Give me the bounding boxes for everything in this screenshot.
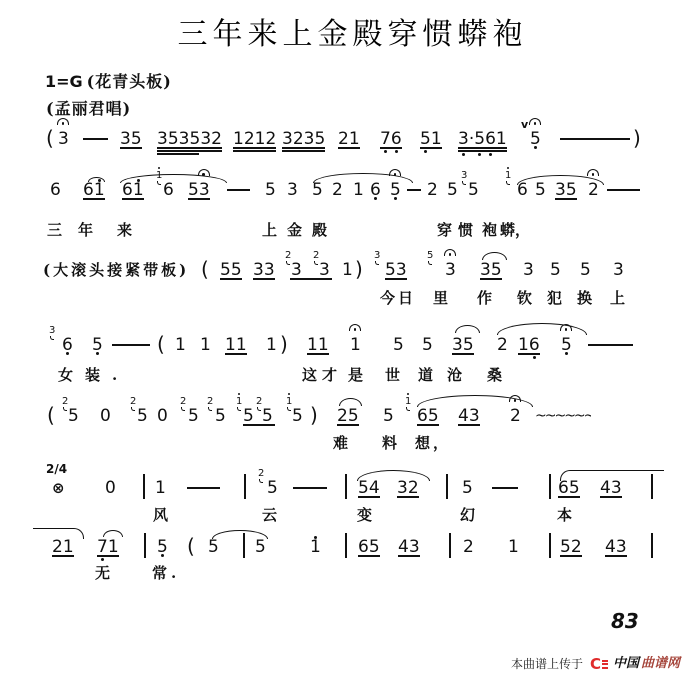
note-group: 353532 bbox=[157, 129, 222, 149]
lyric-char: 幻 bbox=[460, 506, 475, 524]
parenthesis: ) bbox=[280, 334, 288, 354]
note-digit: 3 bbox=[445, 260, 456, 280]
note-digit: 1 bbox=[155, 478, 166, 498]
note-digit: 5 bbox=[168, 129, 179, 149]
slur-arc bbox=[497, 323, 587, 335]
note-group: 2 bbox=[427, 180, 438, 200]
note-digit: 1 bbox=[200, 335, 211, 355]
note-group: 5 bbox=[243, 406, 254, 426]
note-digit: 2 bbox=[180, 396, 186, 408]
note-group: 5 bbox=[550, 260, 561, 280]
note-digit: 5 bbox=[383, 406, 394, 426]
note-digit: 3 bbox=[452, 335, 463, 355]
note-digit: 5 bbox=[530, 129, 541, 149]
note-digit: 5 bbox=[348, 406, 359, 426]
note-digit: 3 bbox=[49, 325, 55, 337]
note-digit: 6 bbox=[50, 180, 61, 200]
note-digit: 1 bbox=[255, 129, 266, 149]
note-digit: 3 bbox=[616, 537, 627, 557]
underline-beam bbox=[307, 353, 329, 355]
note-digit: 3 bbox=[200, 129, 211, 149]
underline-beam bbox=[480, 278, 502, 280]
lyric-char: 换 bbox=[577, 289, 592, 307]
slur-arc bbox=[88, 177, 105, 182]
note-digit: 5 bbox=[385, 260, 396, 280]
note-group: 65 bbox=[358, 537, 380, 557]
note-digit: 5 bbox=[369, 537, 380, 557]
sustain-dash bbox=[492, 487, 518, 489]
lyrics-line: 今日里作钦犯换上 bbox=[0, 289, 700, 307]
underline-beam bbox=[338, 147, 360, 149]
sustain-dash bbox=[112, 344, 150, 346]
slur-arc bbox=[212, 530, 268, 539]
note-digit: 3 bbox=[264, 260, 275, 280]
note-group: 65 bbox=[558, 478, 580, 498]
underline-beam bbox=[233, 147, 276, 149]
note-digit: 2 bbox=[211, 129, 222, 149]
note-digit: 3 bbox=[396, 260, 407, 280]
note-digit: 5 bbox=[267, 478, 278, 498]
lyric-char: 袍 bbox=[482, 221, 497, 239]
note-group: 76 bbox=[380, 129, 402, 149]
note-digit: 5 bbox=[420, 129, 431, 149]
note-group: 33 bbox=[253, 260, 275, 280]
note-digit: 5 bbox=[468, 180, 479, 200]
note-digit: 5 bbox=[68, 406, 79, 426]
note-digit: 3 bbox=[611, 478, 622, 498]
underline-beam bbox=[555, 198, 577, 200]
sustain-dash bbox=[83, 138, 108, 140]
note-digit: 5 bbox=[462, 478, 473, 498]
underline-beam bbox=[188, 198, 210, 200]
underline-beam bbox=[122, 198, 144, 200]
underline-beam bbox=[385, 278, 407, 280]
parenthesis: ( bbox=[157, 334, 165, 354]
note-digit: 5 bbox=[390, 180, 401, 200]
note-digit: 1 bbox=[496, 129, 507, 149]
lyric-char: 难 bbox=[333, 434, 348, 452]
note-digit: 2 bbox=[463, 537, 474, 557]
lyric-char: 穿 bbox=[437, 221, 452, 239]
note-group: 3 bbox=[445, 260, 456, 280]
note-group: 1 bbox=[200, 335, 211, 355]
slur-arc bbox=[120, 174, 227, 183]
underline-beam bbox=[220, 278, 242, 280]
note-group: 2 bbox=[463, 537, 474, 557]
note-group: 6 bbox=[163, 180, 174, 200]
note-digit: 5 bbox=[255, 537, 266, 557]
slur-arc bbox=[357, 470, 430, 481]
lyric-char: 无 bbox=[95, 564, 110, 582]
note-digit: 3 bbox=[253, 260, 264, 280]
note-digit: 5 bbox=[560, 537, 571, 557]
note-digit: 5 bbox=[314, 129, 325, 149]
notation-line: 66161165353521652535165352 bbox=[0, 180, 700, 200]
logo-c-icon: C bbox=[590, 656, 601, 672]
note-digit: 7 bbox=[380, 129, 391, 149]
underline-beam bbox=[290, 278, 332, 280]
note-group: 5 bbox=[462, 478, 473, 498]
note-group: 1 bbox=[342, 260, 353, 280]
slur-arc bbox=[339, 398, 362, 406]
note-group: 11 bbox=[307, 335, 329, 355]
fermata-icon bbox=[529, 118, 541, 125]
note-digit: 4 bbox=[398, 537, 409, 557]
note-digit: 5 bbox=[474, 129, 485, 149]
underline-beam bbox=[560, 555, 582, 557]
barline bbox=[549, 474, 551, 499]
slur-arc bbox=[560, 470, 664, 481]
grace-note: 2 bbox=[258, 468, 264, 480]
note-digit: 3 bbox=[179, 129, 190, 149]
note-digit: 4 bbox=[600, 478, 611, 498]
underline-beam bbox=[225, 353, 247, 355]
note-group: 5 bbox=[422, 335, 433, 355]
lyric-char: . bbox=[112, 366, 117, 384]
note-group: 3 bbox=[319, 260, 330, 280]
underline-beam bbox=[380, 147, 402, 149]
note-group: 5 bbox=[530, 129, 541, 149]
note-group: 1 bbox=[155, 478, 166, 498]
note-digit: 5 bbox=[265, 180, 276, 200]
note-digit: 2 bbox=[332, 180, 343, 200]
note-digit: 1 bbox=[405, 396, 411, 408]
note-digit: 3 bbox=[523, 260, 534, 280]
note-group: 43 bbox=[458, 406, 480, 426]
note-group: 3235 bbox=[282, 129, 325, 149]
note-digit: 5 bbox=[312, 180, 323, 200]
logo-text-china: 中国 bbox=[613, 656, 639, 672]
note-digit: 3 bbox=[613, 260, 624, 280]
note-digit: 3 bbox=[409, 537, 420, 557]
underline-beam bbox=[398, 555, 420, 557]
grace-note: 1 bbox=[236, 396, 242, 408]
note-group: 5 bbox=[468, 180, 479, 200]
fermata-icon bbox=[444, 249, 456, 256]
parenthesis: ( bbox=[187, 536, 195, 556]
lyric-char: 这 bbox=[302, 366, 317, 384]
note-digit: 5 bbox=[422, 335, 433, 355]
notation-line: 2/4⊗0125543256543 bbox=[0, 478, 700, 498]
sustain-dash bbox=[588, 344, 633, 346]
underline-beam bbox=[52, 555, 74, 557]
underline-beam bbox=[282, 147, 325, 149]
slur-arc bbox=[517, 175, 604, 185]
note-digit: 2 bbox=[265, 129, 276, 149]
note-group: 25 bbox=[337, 406, 359, 426]
note-digit: 1 bbox=[63, 537, 74, 557]
lyric-char: 犯 bbox=[547, 289, 562, 307]
lyric-char: 蟒 bbox=[500, 221, 515, 239]
note-digit: 5 bbox=[428, 406, 439, 426]
note-digit: 5 bbox=[292, 406, 303, 426]
underline-beam bbox=[157, 153, 199, 155]
note-digit: 5 bbox=[243, 406, 254, 426]
note-digit: 1 bbox=[94, 180, 105, 200]
logo-lines-icon bbox=[602, 660, 608, 669]
barline bbox=[244, 474, 246, 499]
breath-mark-icon: v bbox=[521, 119, 528, 131]
note-group: 16 bbox=[518, 335, 540, 355]
logo-text-site: 曲谱网 bbox=[641, 656, 680, 672]
note-group: 5 bbox=[262, 406, 273, 426]
note-digit: 3 bbox=[282, 129, 293, 149]
note-digit: 4 bbox=[458, 406, 469, 426]
note-digit: 7 bbox=[97, 537, 108, 557]
notation-line: (335353532121232352176513·561v5) bbox=[0, 129, 700, 149]
note-group: 35 bbox=[452, 335, 474, 355]
note-digit: 1 bbox=[225, 335, 236, 355]
note-digit: 4 bbox=[605, 537, 616, 557]
notation-line: 365(11111)11155352165 bbox=[0, 335, 700, 355]
note-group: 5 bbox=[292, 406, 303, 426]
slur-arc bbox=[455, 325, 480, 333]
note-digit: 5 bbox=[92, 335, 103, 355]
note-group: 3 bbox=[58, 129, 69, 149]
note-digit: 1 bbox=[518, 335, 529, 355]
note-group: 5 bbox=[208, 537, 219, 557]
barline bbox=[549, 533, 551, 558]
underline-beam bbox=[358, 496, 380, 498]
underline-beam bbox=[458, 424, 480, 426]
note-digit: 1 bbox=[175, 335, 186, 355]
lyric-char: 桑 bbox=[487, 366, 502, 384]
underline-beam bbox=[253, 278, 275, 280]
note-digit: 1 bbox=[349, 129, 360, 149]
lyric-char: 惯 bbox=[458, 221, 473, 239]
time-signature: 2/4 bbox=[46, 462, 67, 476]
note-group: 43 bbox=[600, 478, 622, 498]
barline bbox=[345, 474, 347, 499]
note-digit: 3 bbox=[469, 406, 480, 426]
lyric-char: 年 bbox=[78, 221, 93, 239]
lyric-char: ， bbox=[515, 221, 530, 239]
note-digit: 5 bbox=[262, 406, 273, 426]
note-group: 5 bbox=[188, 406, 199, 426]
note-group: 61 bbox=[122, 180, 144, 200]
grace-note: 1 bbox=[505, 170, 511, 182]
lyric-char: ， bbox=[433, 434, 448, 452]
note-digit: 3 bbox=[374, 250, 380, 262]
note-digit: 5 bbox=[137, 406, 148, 426]
note-digit: 6 bbox=[163, 180, 174, 200]
barline bbox=[446, 474, 448, 499]
grace-note: 5 bbox=[427, 250, 433, 262]
note-group: 55 bbox=[220, 260, 242, 280]
note-digit: 1 bbox=[233, 129, 244, 149]
note-digit: 6 bbox=[391, 129, 402, 149]
note-group: 43 bbox=[605, 537, 627, 557]
note-group: 1 bbox=[350, 335, 361, 355]
note-digit: 2 bbox=[244, 129, 255, 149]
note-group: 5 bbox=[390, 180, 401, 200]
grace-note: 3 bbox=[49, 325, 55, 337]
note-digit: 1 bbox=[505, 170, 511, 182]
note-digit: 6 bbox=[485, 129, 496, 149]
note-digit: 2 bbox=[207, 396, 213, 408]
note-group: 53 bbox=[385, 260, 407, 280]
note-group: 52 bbox=[560, 537, 582, 557]
note-group: 5 bbox=[265, 180, 276, 200]
note-group: 6 bbox=[370, 180, 381, 200]
lyrics-line: 无常. bbox=[0, 564, 700, 582]
note-group: 0 bbox=[157, 406, 168, 426]
note-digit: 0 bbox=[157, 406, 168, 426]
sustain-dash bbox=[607, 189, 640, 191]
note-digit: 2 bbox=[258, 468, 264, 480]
note-digit: 2 bbox=[427, 180, 438, 200]
note-digit: 1 bbox=[266, 335, 277, 355]
lyric-char: 云 bbox=[262, 506, 277, 524]
lyric-char: 想 bbox=[415, 434, 430, 452]
barline bbox=[345, 533, 347, 558]
note-group: 2 bbox=[332, 180, 343, 200]
note-digit: 1 bbox=[431, 129, 442, 149]
underline-beam bbox=[233, 150, 276, 152]
note-group: 5 bbox=[92, 335, 103, 355]
note-group: 1 bbox=[175, 335, 186, 355]
note-group: 3 bbox=[287, 180, 298, 200]
note-digit: 4 bbox=[369, 478, 380, 498]
notation-line: (2502502525152515)255165432~~~~~~~~~~ bbox=[0, 406, 700, 426]
note-digit: 5 bbox=[188, 406, 199, 426]
lyric-char: 来 bbox=[117, 221, 132, 239]
note-digit: 6 bbox=[370, 180, 381, 200]
lyric-char: 日 bbox=[398, 289, 413, 307]
note-digit: 1 bbox=[318, 335, 329, 355]
grace-note: 1 bbox=[405, 396, 411, 408]
note-digit: 5 bbox=[215, 406, 226, 426]
fermata-icon bbox=[57, 118, 69, 125]
note-digit: 5 bbox=[393, 335, 404, 355]
note-digit: 1 bbox=[108, 537, 119, 557]
note-digit: 3 bbox=[291, 260, 302, 280]
note-digit: 5 bbox=[358, 478, 369, 498]
lyric-char: 世 bbox=[385, 366, 400, 384]
underline-beam bbox=[282, 150, 325, 152]
sustain-dash bbox=[407, 189, 421, 191]
grace-note: 2 bbox=[130, 396, 136, 408]
parenthesis: ( bbox=[201, 259, 209, 279]
lyrics-line: 难料想， bbox=[0, 434, 700, 452]
note-group: 5 bbox=[447, 180, 458, 200]
note-digit: 6 bbox=[62, 335, 73, 355]
note-group: 5 bbox=[68, 406, 79, 426]
parenthesis: ) bbox=[355, 259, 363, 279]
section-label: (大滚头接紧带板) bbox=[43, 260, 189, 280]
note-digit: 6 bbox=[83, 180, 94, 200]
note-group: 3 bbox=[523, 260, 534, 280]
score: (335353532121232352176513·561v5)66161165… bbox=[0, 0, 700, 683]
lyric-char: 风 bbox=[153, 506, 168, 524]
note-digit: 5 bbox=[561, 335, 572, 355]
note-group: 35 bbox=[480, 260, 502, 280]
note-group: 5 bbox=[312, 180, 323, 200]
note-digit: 6 bbox=[558, 478, 569, 498]
note-group: 5 bbox=[393, 335, 404, 355]
note-group: 1212 bbox=[233, 129, 276, 149]
note-digit: 6 bbox=[529, 335, 540, 355]
parenthesis: ) bbox=[633, 128, 641, 148]
underline-beam bbox=[157, 147, 222, 149]
note-digit: 1 bbox=[353, 180, 364, 200]
barline bbox=[143, 474, 145, 499]
underline-beam bbox=[337, 424, 359, 426]
note-digit: 3 bbox=[157, 129, 168, 149]
note-digit: 1 bbox=[508, 537, 519, 557]
note-group: 32 bbox=[397, 478, 419, 498]
wavy-line: ~~~~~~~~~~ bbox=[535, 406, 591, 426]
note-group: 3·561 bbox=[458, 129, 507, 149]
note-digit: 2 bbox=[293, 129, 304, 149]
note-group: 5 bbox=[561, 335, 572, 355]
underline-beam bbox=[458, 150, 507, 152]
note-digit: 2 bbox=[571, 537, 582, 557]
sustain-dash bbox=[560, 138, 630, 140]
note-digit: 5 bbox=[447, 180, 458, 200]
note-group: 53 bbox=[188, 180, 210, 200]
footer-text: 本曲谱上传于 bbox=[511, 656, 583, 672]
note-group: 5 bbox=[383, 406, 394, 426]
note-group: 51 bbox=[420, 129, 442, 149]
note-group: 5 bbox=[137, 406, 148, 426]
note-group: 21 bbox=[338, 129, 360, 149]
note-group: 6 bbox=[62, 335, 73, 355]
note-digit: 0 bbox=[100, 406, 111, 426]
lyric-char: 才 bbox=[322, 366, 337, 384]
note-group: 5 bbox=[157, 537, 168, 557]
note-digit: 2 bbox=[408, 478, 419, 498]
lyric-char: 里 bbox=[433, 289, 448, 307]
sustain-dash bbox=[227, 189, 250, 191]
sustain-dash bbox=[293, 487, 327, 489]
notation-line: (大滚头接紧带板)(553323231)35353353553 bbox=[0, 260, 700, 280]
note-digit: 1 bbox=[350, 335, 361, 355]
note-digit: 5 bbox=[131, 129, 142, 149]
lyric-char: 三 bbox=[47, 221, 62, 239]
lyric-char: 是 bbox=[348, 366, 363, 384]
lyric-char: . bbox=[171, 564, 176, 582]
grace-note: 3 bbox=[461, 170, 467, 182]
note-digit: 5 bbox=[157, 537, 168, 557]
note-digit: 0 bbox=[105, 478, 116, 498]
lyric-char: 沧 bbox=[447, 366, 462, 384]
underline-beam bbox=[605, 555, 627, 557]
lyric-char: 本 bbox=[557, 506, 572, 524]
note-digit: 3 bbox=[458, 129, 469, 149]
footer-watermark: 本曲谱上传于 C 中国 曲谱网 bbox=[511, 656, 680, 672]
underline-beam bbox=[458, 147, 507, 149]
lyric-char: 料 bbox=[382, 434, 397, 452]
note-digit: 1 bbox=[310, 537, 321, 557]
note-group: 6 bbox=[50, 180, 61, 200]
note-group: 0 bbox=[105, 478, 116, 498]
note-digit: 1 bbox=[342, 260, 353, 280]
note-digit: 3 bbox=[58, 129, 69, 149]
site-logo: C 中国 曲谱网 bbox=[590, 656, 680, 672]
note-digit: 2 bbox=[338, 129, 349, 149]
underline-beam bbox=[420, 147, 442, 149]
lyric-char: 装 bbox=[85, 366, 100, 384]
lyric-char: 上 bbox=[262, 221, 277, 239]
note-digit: 2 bbox=[497, 335, 508, 355]
lyric-char: 金 bbox=[287, 221, 302, 239]
note-group: 3 bbox=[291, 260, 302, 280]
note-group: 54 bbox=[358, 478, 380, 498]
lyrics-line: 女装.这才是世道沧桑 bbox=[0, 366, 700, 384]
underline-beam bbox=[243, 424, 275, 426]
note-group: 1 bbox=[310, 537, 321, 557]
